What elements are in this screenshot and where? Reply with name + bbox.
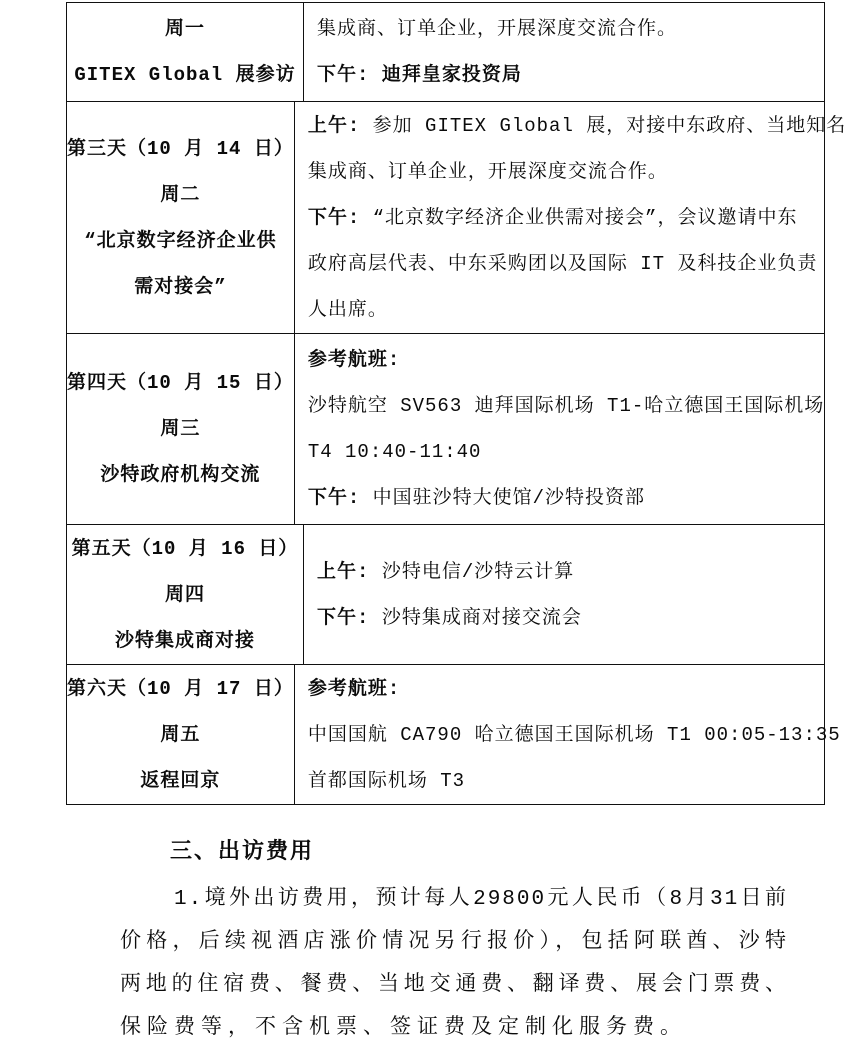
schedule-text: “北京数字经济企业供需对接会”，会议邀请中东 xyxy=(373,207,798,229)
day-cell: 第五天（10 月 16 日） 周四 沙特集成商对接 xyxy=(67,525,304,664)
flights-label: 参考航班: xyxy=(308,678,400,700)
day-line: 第六天（10 月 17 日） xyxy=(67,666,294,712)
schedule-line: 上午: 参加 GITEX Global 展，对接中东政府、当地知名 xyxy=(308,103,846,149)
day-line: 第五天（10 月 16 日） xyxy=(72,526,299,572)
schedule-line: T4 10:40-11:40 xyxy=(308,429,824,475)
itinerary-table: 周一 GITEX Global 展参访 集成商、订单企业，开展深度交流合作。 下… xyxy=(66,2,825,805)
schedule-line: 下午: 中国驻沙特大使馆/沙特投资部 xyxy=(308,475,824,521)
schedule-cell: 上午: 沙特电信/沙特云计算 下午: 沙特集成商对接交流会 xyxy=(304,525,824,664)
schedule-text: 首都国际机场 T3 xyxy=(308,770,465,792)
day-line: “北京数字经济企业供 xyxy=(84,218,276,264)
schedule-line: 人出席。 xyxy=(308,287,846,333)
schedule-text: 中国国航 CA790 哈立德国王国际机场 T1 00:05-13:35 xyxy=(308,724,841,746)
day-line: 第三天（10 月 14 日） xyxy=(67,126,294,172)
schedule-text: 政府高层代表、中东采购团以及国际 IT 及科技企业负责 xyxy=(308,253,818,275)
schedule-line: 首都国际机场 T3 xyxy=(308,758,841,804)
table-row: 第五天（10 月 16 日） 周四 沙特集成商对接 上午: 沙特电信/沙特云计算… xyxy=(67,524,824,664)
flights-label: 参考航班: xyxy=(308,349,400,371)
cost-paragraph: 1.境外出访费用，预计每人29800元人民币（8月31日前 价格，后续视酒店涨价… xyxy=(120,878,788,1048)
day-line: 沙特政府机构交流 xyxy=(100,452,260,498)
schedule-line: 中国国航 CA790 哈立德国王国际机场 T1 00:05-13:35 xyxy=(308,712,841,758)
schedule-text: 中国驻沙特大使馆/沙特投资部 xyxy=(373,487,645,509)
day-line: 第四天（10 月 15 日） xyxy=(67,360,294,406)
day-cell: 第四天（10 月 15 日） 周三 沙特政府机构交流 xyxy=(67,334,295,524)
schedule-line: 参考航班: xyxy=(308,666,841,712)
cost-section: 三、出访费用 1.境外出访费用，预计每人29800元人民币（8月31日前 价格，… xyxy=(120,836,788,1048)
table-row: 周一 GITEX Global 展参访 集成商、订单企业，开展深度交流合作。 下… xyxy=(67,3,824,101)
time-label: 下午: xyxy=(317,64,382,86)
paragraph-line: 1.境外出访费用，预计每人29800元人民币（8月31日前 xyxy=(120,878,788,921)
schedule-text: T4 10:40-11:40 xyxy=(308,441,482,463)
schedule-text: 人出席。 xyxy=(308,299,388,321)
section-heading: 三、出访费用 xyxy=(170,836,788,870)
table-row: 第六天（10 月 17 日） 周五 返程回京 参考航班: 中国国航 CA790 … xyxy=(67,664,824,804)
paragraph-line: 价格，后续视酒店涨价情况另行报价），包括阿联酋、沙特 xyxy=(120,921,788,964)
day-line: GITEX Global 展参访 xyxy=(74,52,295,98)
day-cell: 第三天（10 月 14 日） 周二 “北京数字经济企业供 需对接会” xyxy=(67,102,295,333)
document-page: 周一 GITEX Global 展参访 集成商、订单企业，开展深度交流合作。 下… xyxy=(0,0,867,1048)
schedule-line: 参考航班: xyxy=(308,337,824,383)
day-cell: 第六天（10 月 17 日） 周五 返程回京 xyxy=(67,665,295,804)
day-line: 周五 xyxy=(160,712,200,758)
schedule-line: 下午: “北京数字经济企业供需对接会”，会议邀请中东 xyxy=(308,195,846,241)
schedule-text: 沙特集成商对接交流会 xyxy=(382,607,582,629)
time-label: 下午: xyxy=(308,207,373,229)
schedule-line: 集成商、订单企业，开展深度交流合作。 xyxy=(317,6,820,52)
schedule-line: 下午: 沙特集成商对接交流会 xyxy=(317,595,820,641)
schedule-text: 参加 GITEX Global 展，对接中东政府、当地知名 xyxy=(373,115,847,137)
schedule-text: 迪拜皇家投资局 xyxy=(382,64,522,86)
schedule-cell: 参考航班: 中国国航 CA790 哈立德国王国际机场 T1 00:05-13:3… xyxy=(295,665,845,804)
schedule-line: 上午: 沙特电信/沙特云计算 xyxy=(317,549,820,595)
time-label: 下午: xyxy=(308,487,373,509)
day-line: 返程回京 xyxy=(140,758,220,804)
schedule-text: 沙特航空 SV563 迪拜国际机场 T1-哈立德国王国际机场 xyxy=(308,395,824,417)
schedule-line: 政府高层代表、中东采购团以及国际 IT 及科技企业负责 xyxy=(308,241,846,287)
schedule-text: 集成商、订单企业，开展深度交流合作。 xyxy=(317,18,677,40)
day-line: 周三 xyxy=(160,406,200,452)
schedule-cell: 上午: 参加 GITEX Global 展，对接中东政府、当地知名 集成商、订单… xyxy=(295,102,850,333)
paragraph-line: 保险费等，不含机票、签证费及定制化服务费。 xyxy=(120,1007,788,1048)
time-label: 上午: xyxy=(308,115,373,137)
schedule-line: 集成商、订单企业，开展深度交流合作。 xyxy=(308,149,846,195)
schedule-cell: 集成商、订单企业，开展深度交流合作。 下午: 迪拜皇家投资局 xyxy=(304,3,824,101)
paragraph-line: 两地的住宿费、餐费、当地交通费、翻译费、展会门票费、 xyxy=(120,964,788,1007)
day-line: 沙特集成商对接 xyxy=(115,618,255,664)
schedule-text: 集成商、订单企业，开展深度交流合作。 xyxy=(308,161,668,183)
table-row: 第三天（10 月 14 日） 周二 “北京数字经济企业供 需对接会” 上午: 参… xyxy=(67,101,824,333)
schedule-text: 沙特电信/沙特云计算 xyxy=(382,561,574,583)
day-line: 周四 xyxy=(165,572,205,618)
schedule-cell: 参考航班: 沙特航空 SV563 迪拜国际机场 T1-哈立德国王国际机场 T4 … xyxy=(295,334,828,524)
schedule-line: 沙特航空 SV563 迪拜国际机场 T1-哈立德国王国际机场 xyxy=(308,383,824,429)
schedule-line: 下午: 迪拜皇家投资局 xyxy=(317,52,820,98)
time-label: 上午: xyxy=(317,561,382,583)
time-label: 下午: xyxy=(317,607,382,629)
day-line: 周二 xyxy=(160,172,200,218)
day-cell: 周一 GITEX Global 展参访 xyxy=(67,3,304,101)
day-line: 周一 xyxy=(165,6,205,52)
day-line: 需对接会” xyxy=(134,264,226,310)
table-row: 第四天（10 月 15 日） 周三 沙特政府机构交流 参考航班: 沙特航空 SV… xyxy=(67,333,824,524)
